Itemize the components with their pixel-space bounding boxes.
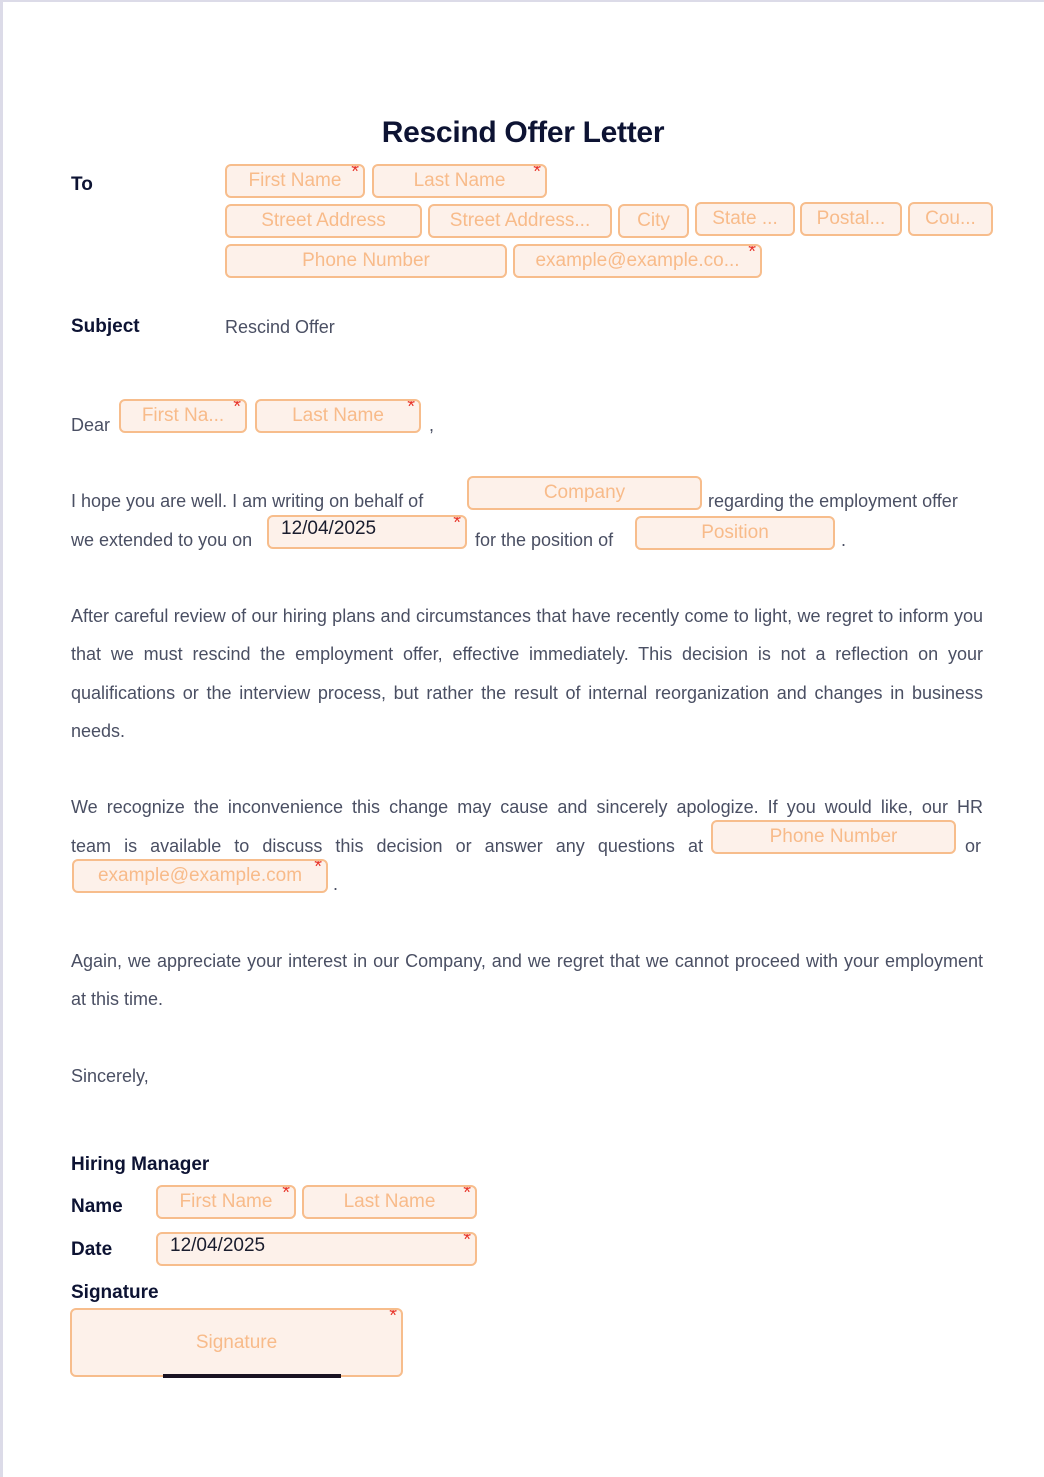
signer-name-label: Name <box>71 1196 123 1218</box>
p3-line-1: We recognize the inconvenience this chan… <box>71 797 983 818</box>
required-marker: * <box>407 399 415 417</box>
signer-heading: Hiring Manager <box>71 1154 209 1176</box>
to-postal-field[interactable]: Postal... <box>800 202 902 236</box>
placeholder: Phone Number <box>302 250 430 271</box>
greeting-comma: , <box>429 415 434 436</box>
required-marker: * <box>351 164 359 182</box>
to-phone-field[interactable]: Phone Number <box>225 244 507 278</box>
placeholder: example@example.co... <box>535 250 739 271</box>
subject-value: Rescind Offer <box>225 317 335 338</box>
p3-line-2: team is available to discuss this decisi… <box>71 836 703 857</box>
required-marker: * <box>453 515 461 533</box>
position-field[interactable]: Position <box>635 516 835 550</box>
offer-date-field[interactable]: 12/04/2025 * <box>267 515 467 549</box>
signer-last-name-field[interactable]: Last Name * <box>302 1185 477 1219</box>
placeholder: example@example.com <box>98 865 302 886</box>
p1-text-3: we extended to you on <box>71 530 252 551</box>
placeholder: State ... <box>712 208 777 229</box>
greeting-prefix: Dear <box>71 415 110 436</box>
date-value: 12/04/2025 <box>170 1235 265 1256</box>
to-label: To <box>71 174 93 196</box>
placeholder: Company <box>544 482 625 503</box>
p3-period: . <box>333 874 338 895</box>
placeholder: Cou... <box>925 208 976 229</box>
signer-date-field[interactable]: 12/04/2025 * <box>156 1232 477 1266</box>
placeholder: First Name <box>180 1191 273 1212</box>
closing: Sincerely, <box>71 1066 149 1087</box>
placeholder: Postal... <box>817 208 886 229</box>
signature-line <box>163 1374 341 1378</box>
paragraph-2: After careful review of our hiring plans… <box>71 597 983 750</box>
p3-or: or <box>965 836 981 857</box>
placeholder: First Name <box>249 170 342 191</box>
subject-label: Subject <box>71 316 140 338</box>
paragraph-4: Again, we appreciate your interest in ou… <box>71 942 983 1019</box>
date-value: 12/04/2025 <box>281 518 376 539</box>
placeholder: First Na... <box>142 405 224 426</box>
p1-text-4: for the position of <box>475 530 613 551</box>
hr-email-field[interactable]: example@example.com * <box>72 859 328 893</box>
to-street-address-2-field[interactable]: Street Address... <box>428 204 612 238</box>
placeholder: Last Name <box>292 405 384 426</box>
to-email-field[interactable]: example@example.co... * <box>513 244 762 278</box>
required-marker: * <box>282 1185 290 1203</box>
placeholder: Last Name <box>344 1191 436 1212</box>
required-marker: * <box>463 1232 471 1250</box>
required-marker: * <box>748 244 756 262</box>
required-marker: * <box>463 1185 471 1203</box>
to-street-address-field[interactable]: Street Address <box>225 204 422 238</box>
signature-label: Signature <box>71 1282 159 1304</box>
p1-period: . <box>841 530 846 551</box>
to-country-field[interactable]: Cou... <box>908 202 993 236</box>
to-city-field[interactable]: City <box>618 204 689 238</box>
placeholder: City <box>637 210 670 231</box>
required-marker: * <box>533 164 541 182</box>
placeholder: Last Name <box>414 170 506 191</box>
required-marker: * <box>233 399 241 417</box>
hr-phone-field[interactable]: Phone Number <box>711 820 956 854</box>
required-marker: * <box>314 859 322 877</box>
page-title: Rescind Offer Letter <box>3 116 1043 150</box>
signature-field[interactable]: Signature * <box>70 1308 403 1377</box>
to-state-field[interactable]: State ... <box>695 202 795 236</box>
placeholder: Street Address <box>261 210 386 231</box>
p1-text-2: regarding the employment offer <box>708 491 958 512</box>
placeholder: Phone Number <box>770 826 898 847</box>
placeholder: Signature <box>196 1332 277 1353</box>
signer-date-label: Date <box>71 1239 112 1261</box>
signer-first-name-field[interactable]: First Name * <box>156 1185 296 1219</box>
p1-text-1: I hope you are well. I am writing on beh… <box>71 491 423 512</box>
greeting-last-name-field[interactable]: Last Name * <box>255 399 421 433</box>
required-marker: * <box>389 1308 397 1326</box>
to-first-name-field[interactable]: First Name * <box>225 164 365 198</box>
placeholder: Street Address... <box>450 210 590 231</box>
placeholder: Position <box>701 522 769 543</box>
greeting-first-name-field[interactable]: First Na... * <box>119 399 247 433</box>
to-last-name-field[interactable]: Last Name * <box>372 164 547 198</box>
company-field[interactable]: Company <box>467 476 702 510</box>
